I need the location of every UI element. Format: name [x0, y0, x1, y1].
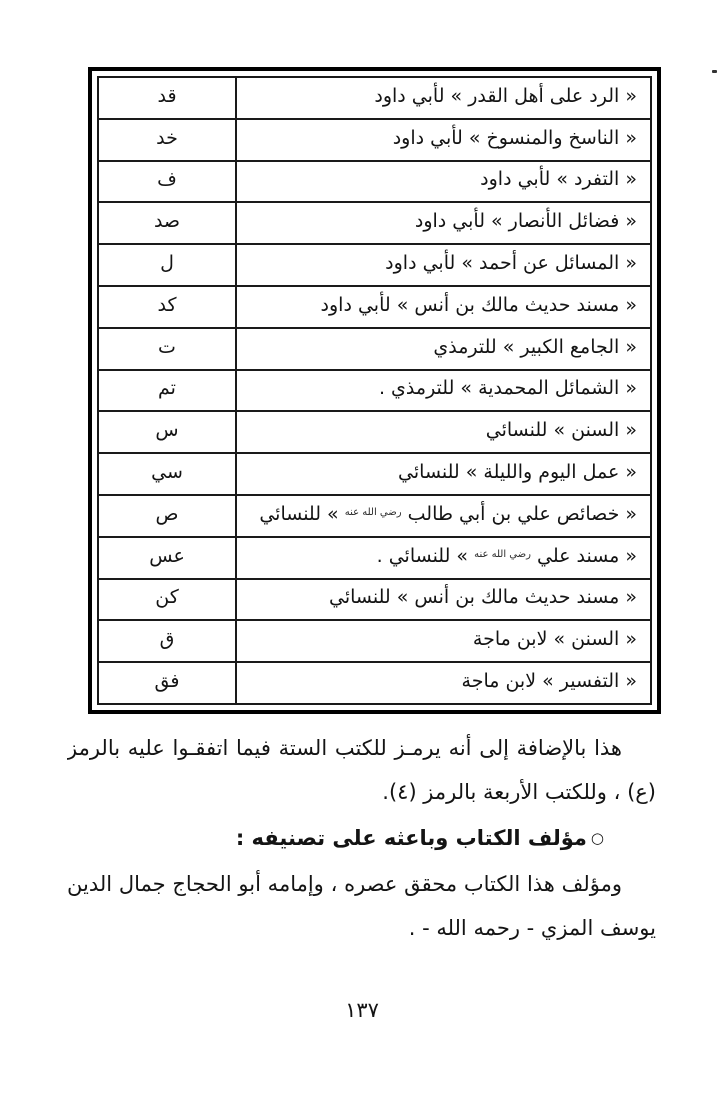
honorific-seal: رضي الله عنه [474, 550, 531, 560]
book-title-cell: « مسند حديث مالك بن أنس » لأبي داود [236, 286, 651, 328]
table-row: « فضائل الأنصار » لأبي داودصد [98, 202, 651, 244]
book-title-text: « الشمائل المحمدية » للترمذي . [379, 377, 637, 399]
book-title-cell: « الرد على أهل القدر » لأبي داود [236, 77, 651, 119]
table-row: « الرد على أهل القدر » لأبي داودقد [98, 77, 651, 119]
table-row: « مسند حديث مالك بن أنس » لأبي داودكد [98, 286, 651, 328]
book-title-text: « الجامع الكبير » للترمذي [433, 336, 637, 358]
table-row: « التفرد » لأبي داودف [98, 161, 651, 203]
paragraph-symbols-note-line1: هذا بالإضافة إلى أنه يرمـز للكتب الستة ف… [67, 726, 656, 770]
book-title-cell: « مسند حديث مالك بن أنس » للنسائي [236, 579, 651, 621]
book-title-text: « السنن » لابن ماجة [473, 628, 637, 650]
book-title-cell: « التفسير » لابن ماجة [236, 662, 651, 704]
symbols-table: « الرد على أهل القدر » لأبي داودقد« النا… [97, 76, 652, 705]
page-number: ١٣٧ [0, 998, 724, 1022]
table-row: « خصائص علي بن أبي طالب رضي الله عنه » ل… [98, 495, 651, 537]
symbol-cell: ص [98, 495, 236, 537]
book-title-text: « المسائل عن أحمد » لأبي داود [385, 252, 637, 274]
book-title-cell: « السنن » للنسائي [236, 411, 651, 453]
book-title-text: » للنسائي . [377, 545, 474, 567]
table-row: « السنن » للنسائيس [98, 411, 651, 453]
symbol-cell: ق [98, 620, 236, 662]
symbol-cell: كن [98, 579, 236, 621]
symbols-table-body: « الرد على أهل القدر » لأبي داودقد« النا… [98, 77, 651, 704]
book-title-cell: « السنن » لابن ماجة [236, 620, 651, 662]
book-title-text: « التفرد » لأبي داود [480, 168, 637, 190]
symbol-cell: قد [98, 77, 236, 119]
book-title-cell: « خصائص علي بن أبي طالب رضي الله عنه » ل… [236, 495, 651, 537]
book-title-text: « عمل اليوم والليلة » للنسائي [398, 461, 637, 483]
table-row: « مسند حديث مالك بن أنس » للنسائيكن [98, 579, 651, 621]
book-title-text: « الناسخ والمنسوخ » لأبي داود [393, 127, 637, 149]
circle-bullet-icon: ○ [591, 829, 604, 847]
symbol-cell: فق [98, 662, 236, 704]
book-title-cell: « الناسخ والمنسوخ » لأبي داود [236, 119, 651, 161]
table-row: « المسائل عن أحمد » لأبي داودل [98, 244, 651, 286]
book-title-cell: « الجامع الكبير » للترمذي [236, 328, 651, 370]
book-title-text: « خصائص علي بن أبي طالب [402, 503, 637, 525]
book-title-text: » للنسائي [259, 503, 344, 525]
table-row: « الناسخ والمنسوخ » لأبي داودخد [98, 119, 651, 161]
section-heading-text: مؤلف الكتاب وباعثه على تصنيفه : [236, 826, 587, 850]
table-row: « التفسير » لابن ماجةفق [98, 662, 651, 704]
section-heading-author: ○مؤلف الكتاب وباعثه على تصنيفه : [67, 816, 656, 860]
table-row: « الشمائل المحمدية » للترمذي .تم [98, 370, 651, 412]
book-title-cell: « فضائل الأنصار » لأبي داود [236, 202, 651, 244]
symbol-cell: تم [98, 370, 236, 412]
book-title-text: « فضائل الأنصار » لأبي داود [415, 210, 637, 232]
honorific-seal: رضي الله عنه [345, 508, 402, 518]
paragraph-symbols-note-line2: (ع) ، وللكتب الأربعة بالرمز (٤). [67, 770, 656, 814]
book-title-text: « الرد على أهل القدر » لأبي داود [374, 85, 637, 107]
symbol-cell: كد [98, 286, 236, 328]
paragraph-author-line1: ومؤلف هذا الكتاب محقق عصره ، وإمامه أبو … [67, 862, 656, 906]
book-title-text: « مسند حديث مالك بن أنس » لأبي داود [321, 294, 637, 316]
book-title-text: « مسند علي [531, 545, 637, 567]
book-title-text: « السنن » للنسائي [486, 419, 637, 441]
table-row: « عمل اليوم والليلة » للنسائيسي [98, 453, 651, 495]
table-row: « السنن » لابن ماجةق [98, 620, 651, 662]
table-row: « مسند علي رضي الله عنه » للنسائي .عس [98, 537, 651, 579]
book-title-cell: « المسائل عن أحمد » لأبي داود [236, 244, 651, 286]
symbol-cell: عس [98, 537, 236, 579]
book-title-cell: « التفرد » لأبي داود [236, 161, 651, 203]
symbol-cell: صد [98, 202, 236, 244]
scan-speck [712, 70, 717, 73]
symbol-cell: خد [98, 119, 236, 161]
symbol-cell: ت [98, 328, 236, 370]
table-row: « الجامع الكبير » للترمذيت [98, 328, 651, 370]
symbol-cell: ف [98, 161, 236, 203]
paragraph-author-line2: يوسف المزي - رحمه الله - . [67, 906, 656, 950]
book-page: { "page": { "number": "١٣٧" }, "table": … [0, 0, 724, 1096]
symbol-cell: س [98, 411, 236, 453]
book-title-text: « التفسير » لابن ماجة [462, 670, 637, 692]
book-title-cell: « مسند علي رضي الله عنه » للنسائي . [236, 537, 651, 579]
symbols-table-frame: « الرد على أهل القدر » لأبي داودقد« النا… [88, 67, 661, 714]
book-title-cell: « الشمائل المحمدية » للترمذي . [236, 370, 651, 412]
book-title-cell: « عمل اليوم والليلة » للنسائي [236, 453, 651, 495]
symbol-cell: ل [98, 244, 236, 286]
book-title-text: « مسند حديث مالك بن أنس » للنسائي [329, 586, 637, 608]
symbol-cell: سي [98, 453, 236, 495]
